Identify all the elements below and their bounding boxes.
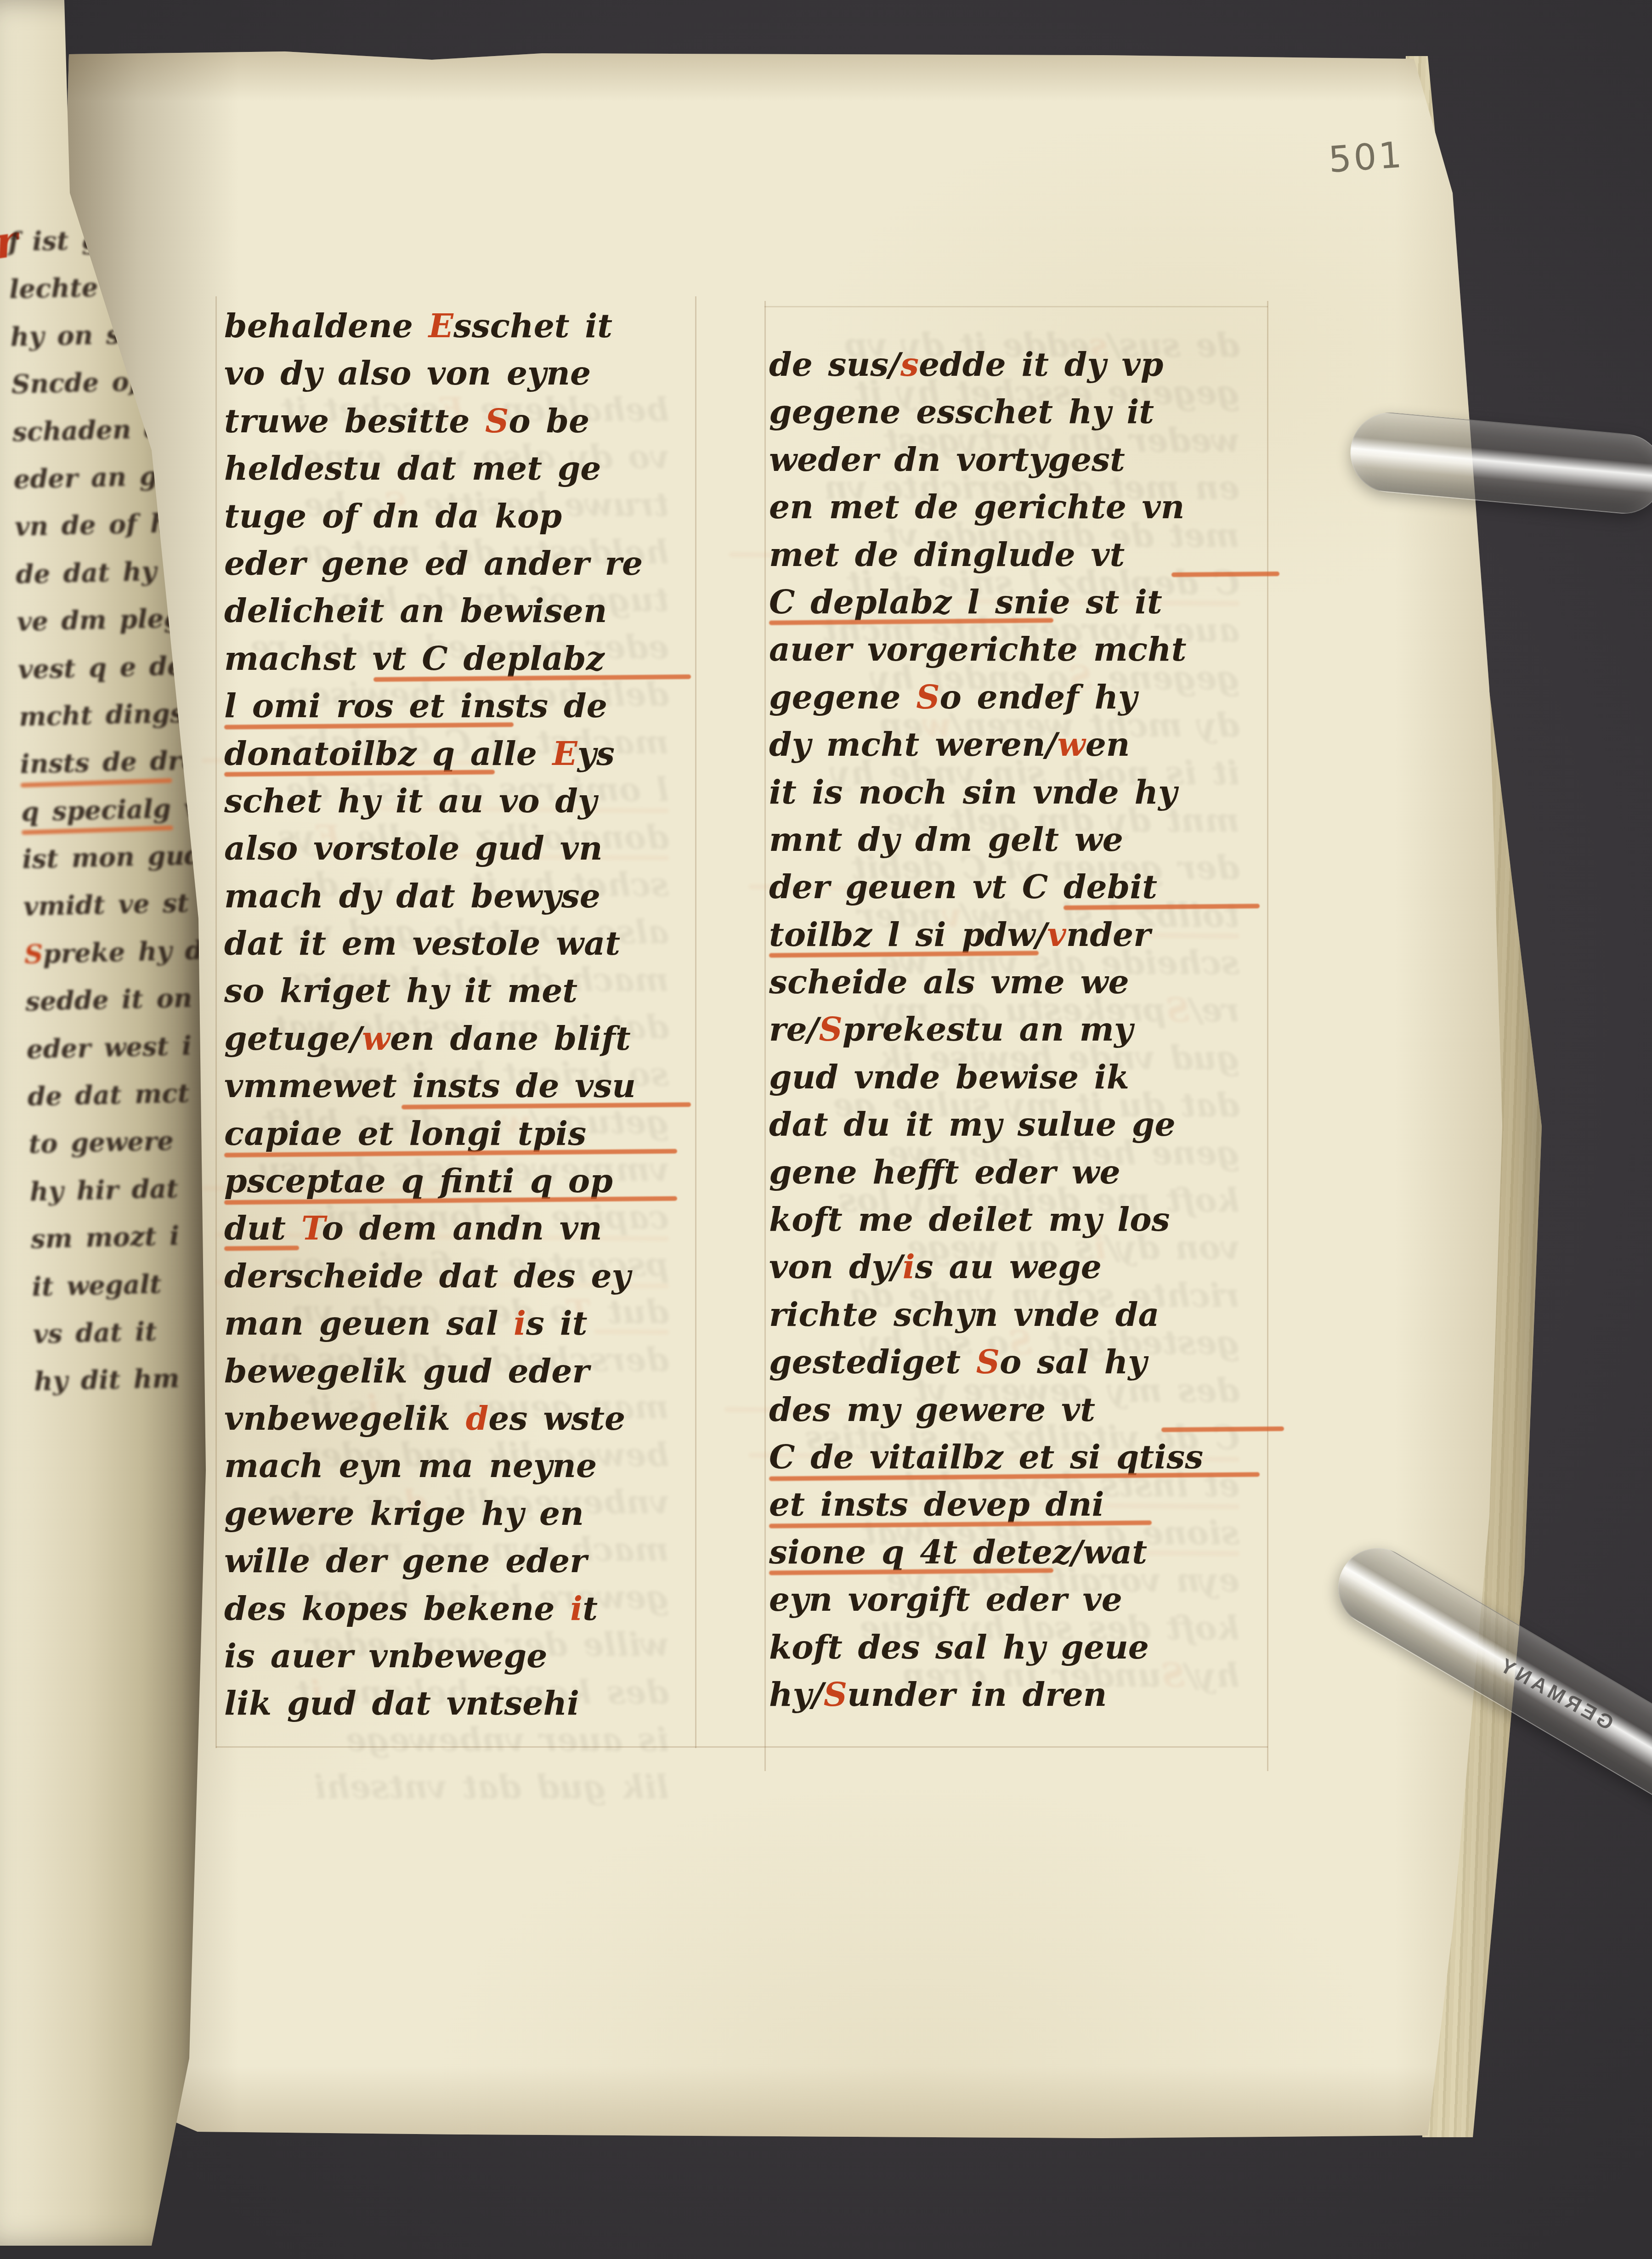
manuscript-line: auer vorgerichte mcht — [769, 626, 1260, 673]
manuscript-line: dat du it my sulue ge — [769, 1101, 1260, 1148]
column-rule-right-inner — [1267, 301, 1268, 1771]
manuscript-line-text: sm mozt i — [30, 1221, 180, 1254]
manuscript-line-text: met de dinglude vt — [769, 535, 1125, 574]
manuscript-line: so kriget hy it met — [224, 967, 691, 1014]
rubricated-letter: S — [819, 1010, 843, 1048]
manuscript-line-text: dut To dem andn vn — [224, 1209, 602, 1247]
manuscript-line: behaldene Esschet it — [224, 302, 691, 350]
rubric-underline — [224, 1246, 299, 1251]
manuscript-line-text: mcht dingst — [19, 698, 197, 732]
manuscript-line: vest q e de st — [17, 643, 170, 694]
manuscript-line-text: heldestu dat met ge — [224, 449, 601, 487]
manuscript-line: q specialg ve — [21, 785, 173, 836]
manuscript-line-text: des my gewere vt — [769, 1390, 1095, 1429]
manuscript-line: eder west i — [26, 1023, 179, 1074]
manuscript-line: scheide als vme we — [769, 958, 1260, 1006]
manuscript-line: truwe besitte So be — [224, 397, 691, 445]
manuscript-line-text: getuge/wen dane blift — [224, 1019, 631, 1058]
manuscript-line-text: de sus/sedde it dy vp — [769, 345, 1163, 384]
manuscript-line: it wegalt — [31, 1260, 184, 1311]
manuscript-line: vmidt ve st — [23, 880, 175, 931]
manuscript-line-text: auer vorgerichte mcht — [769, 630, 1186, 668]
manuscript-line: dut To dem andn vn — [224, 1205, 691, 1252]
manuscript-line: lik gud dat vntsehi — [224, 1680, 691, 1727]
manuscript-line: mcht dingst — [18, 690, 171, 741]
manuscript-line: hy dit hm — [34, 1355, 186, 1406]
rubricated-letter: E — [429, 306, 453, 345]
manuscript-line: sedde it on — [25, 975, 177, 1026]
manuscript-line-text: dy mcht weren/wen — [769, 725, 1130, 764]
manuscript-line: de dat mct — [27, 1070, 180, 1121]
manuscript-line-text: vnbewegelik des wste — [224, 1399, 625, 1438]
manuscript-line-text: derscheide dat des ey — [224, 1257, 631, 1295]
manuscript-line: mnt dy dm gelt we — [769, 816, 1260, 863]
manuscript-line-text: koft des sal hy geue — [769, 1628, 1149, 1666]
manuscript-line: tuge of dn da kop — [224, 493, 691, 540]
manuscript-line: sm mozt i — [30, 1212, 183, 1263]
manuscript-line: von dy/is au wege — [769, 1243, 1260, 1291]
manuscript-line-text: dat du it my sulue ge — [769, 1105, 1176, 1144]
manuscript-line-text: insts de dre — [20, 745, 198, 780]
manuscript-line: de dat hy vme — [15, 548, 168, 599]
manuscript-line-text: lik gud dat vntsehi — [224, 1684, 579, 1722]
manuscript-line-text: psceptae q finti q op — [224, 1161, 613, 1200]
manuscript-line: machst vt C deplabz — [224, 635, 691, 682]
manuscript-line: mach dy dat bewyse — [224, 872, 691, 920]
rubricated-letter: T — [301, 1209, 322, 1247]
manuscript-line-text: eyn vorgift eder ve — [769, 1580, 1122, 1619]
manuscript-line-text: delicheit an bewisen — [224, 591, 607, 630]
manuscript-line: koft des sal hy geue — [769, 1624, 1260, 1671]
manuscript-line-text: sione q 4t detez/wat — [769, 1533, 1147, 1571]
manuscript-line: C de vitailbz et si qtiss — [769, 1433, 1260, 1481]
manuscript-line-text: der geuen vt C debit — [769, 867, 1157, 906]
manuscript-line: eder an gud To — [13, 453, 165, 504]
manuscript-line-text: also vorstole gud vn — [224, 829, 603, 867]
manuscript-line: delicheit an bewisen — [224, 587, 691, 634]
manuscript-line-text: weder dn vortygest — [769, 440, 1125, 479]
manuscript-line-text: scheide als vme we — [769, 962, 1129, 1001]
manuscript-line: also vorstole gud vn — [224, 825, 691, 872]
manuscript-line-text: hy hir dat — [29, 1173, 178, 1207]
rubricated-letter: E — [553, 734, 577, 773]
rubricated-letter: S — [976, 1342, 1000, 1381]
manuscript-line: vmmewet insts de vsu — [224, 1062, 691, 1110]
manuscript-line-text: vo dy also von eyne — [224, 354, 591, 392]
rubricated-letter: i — [903, 1247, 915, 1286]
manuscript-line: man geuen sal is it — [224, 1300, 691, 1347]
rubricated-letter: i — [514, 1304, 526, 1342]
manuscript-line-text: ist mon gud — [22, 840, 203, 875]
manuscript-line-text: gud vnde bewise ik — [769, 1058, 1129, 1096]
manuscript-line: der geuen vt C debit — [769, 863, 1260, 911]
manuscript-line: wille der gene eder — [224, 1537, 691, 1585]
manuscript-line-text: to gewere — [28, 1126, 174, 1160]
rubric-underline — [1171, 572, 1279, 577]
frame-rule-top-right — [764, 306, 1268, 307]
manuscript-line: gene hefft eder we — [769, 1149, 1260, 1196]
manuscript-line: donatoilbz q alle Eys — [224, 730, 691, 777]
manuscript-line: gegene esschet hy it — [769, 388, 1260, 436]
manuscript-line-text: man geuen sal is it — [224, 1304, 588, 1342]
manuscript-line: sione q 4t detez/wat — [769, 1529, 1260, 1576]
manuscript-line: toilbz l si pdw/vnder — [769, 911, 1260, 958]
manuscript-line: lik gud dat vntsehi — [202, 1763, 669, 1811]
manuscript-line-text: schet hy it au vo dy — [224, 781, 597, 820]
manuscript-line-text: lik gud dat vntsehi — [314, 1767, 669, 1806]
manuscript-line-text: richte schyn vnde da — [769, 1295, 1159, 1334]
manuscript-line: to gewere — [28, 1118, 181, 1169]
manuscript-line-text: hy/Sunder in dren — [769, 1675, 1107, 1714]
manuscript-line: gud vnde bewise ik — [769, 1053, 1260, 1101]
manuscript-line: schet hy it au vo dy — [224, 777, 691, 825]
manuscript-line-text: machst vt C deplabz — [224, 639, 605, 678]
rubricated-letter: S — [485, 402, 509, 440]
manuscript-line-text: en met de gerichte vn — [769, 487, 1184, 526]
rubricated-letter: w — [362, 1019, 390, 1058]
manuscript-line-text: de dat mct — [27, 1078, 190, 1112]
rubricated-letter: S — [824, 1675, 847, 1714]
manuscript-line-text: eder gene ed ander re — [224, 544, 643, 583]
manuscript-line-text: toilbz l si pdw/vnder — [769, 915, 1151, 954]
manuscript-line: capiae et longi tpis — [224, 1110, 691, 1157]
manuscript-line-text: koft me deilet my los — [769, 1200, 1170, 1239]
manuscript-line: is auer vnbewege — [224, 1632, 691, 1680]
column-rule-left-inner — [695, 296, 696, 1748]
manuscript-line-text: donatoilbz q alle Eys — [224, 734, 615, 773]
manuscript-line-text: bewegelik gud eder — [224, 1352, 589, 1390]
manuscript-line-text: capiae et longi tpis — [224, 1114, 586, 1153]
manuscript-line: vs dat it — [33, 1308, 185, 1359]
manuscript-line: re/Sprekestu an my — [769, 1006, 1260, 1053]
rod-engraving-germany: GERMANY — [1493, 1653, 1617, 1735]
manuscript-line-text: gegene So endef hy — [769, 678, 1137, 716]
manuscript-line: bewegelik gud eder — [224, 1347, 691, 1395]
manuscript-line-text: gestediget So sal hy — [769, 1342, 1147, 1381]
manuscript-line-text: it wegalt — [32, 1269, 162, 1302]
manuscript-line-text: C de vitailbz et si qtiss — [769, 1438, 1203, 1476]
manuscript-line: heldestu dat met ge — [224, 445, 691, 492]
manuscript-line-text: gene hefft eder we — [769, 1153, 1120, 1191]
manuscript-line-text: vs dat it — [33, 1316, 157, 1349]
manuscript-line: ve dm pleg i — [16, 595, 169, 646]
manuscript-line: C deplabz l snie st it — [769, 578, 1260, 626]
manuscript-line: des my gewere vt — [769, 1386, 1260, 1433]
manuscript-line: l omi ros et insts de — [224, 682, 691, 730]
manuscript-line-text: Spreke hy d — [24, 935, 203, 970]
manuscript-line: mach eyn ma neyne — [224, 1442, 691, 1489]
manuscript-line-text: vmmewet insts de vsu — [224, 1066, 636, 1105]
manuscript-line: en met de gerichte vn — [769, 483, 1260, 531]
rubricated-letter: S — [24, 939, 43, 970]
manuscript-line-text: behaldene Esschet it — [224, 306, 612, 345]
manuscript-line: eyn vorgift eder ve — [769, 1576, 1260, 1623]
manuscript-line-text: truwe besitte So be — [224, 402, 589, 440]
manuscript-line: eder gene ed ander re — [224, 540, 691, 587]
manuscript-line-text: des kopes bekene it — [224, 1589, 598, 1628]
rubricated-letter: s — [900, 345, 919, 384]
manuscript-line: hy/Sunder in dren — [769, 1671, 1260, 1718]
rubricated-letter: d — [466, 1399, 489, 1438]
manuscript-line: psceptae q finti q op — [224, 1157, 691, 1205]
manuscript-photo: r f ist ger stelechte To denhy on sluge … — [0, 0, 1652, 2259]
manuscript-line-text: mach dy dat bewyse — [224, 877, 600, 915]
manuscript-line-text: hy dit hm — [34, 1364, 180, 1397]
manuscript-line-text: is auer vnbewege — [224, 1636, 547, 1675]
text-column-right: de sus/sedde it dy vpgegene esschet hy i… — [769, 341, 1260, 1718]
manuscript-line-text: l omi ros et insts de — [224, 686, 607, 725]
text-column-left: behaldene Esschet itvo dy also von eynet… — [224, 302, 691, 1727]
manuscript-line: ist mon gud — [22, 832, 174, 883]
rubricated-letter: S — [916, 678, 939, 716]
manuscript-line-text: vmidt ve st — [23, 888, 189, 922]
manuscript-line: de sus/sedde it dy vp — [769, 341, 1260, 388]
manuscript-line: vnbewegelik des wste — [224, 1395, 691, 1442]
manuscript-line: derscheide dat des ey — [224, 1252, 691, 1300]
manuscript-line: richte schyn vnde da — [769, 1291, 1260, 1338]
manuscript-line: met de dinglude vt — [769, 531, 1260, 578]
manuscript-line-text: tuge of dn da kop — [224, 497, 562, 535]
manuscript-line: vo dy also von eyne — [224, 350, 691, 397]
manuscript-line: gestediget So sal hy — [769, 1338, 1260, 1386]
manuscript-line-text: so kriget hy it met — [224, 971, 577, 1010]
manuscript-line: gegene So endef hy — [769, 674, 1260, 721]
manuscript-line-text: it is noch sin vnde hy — [769, 773, 1177, 811]
manuscript-line-text: gegene esschet hy it — [769, 392, 1154, 431]
manuscript-line: weder dn vortygest — [769, 436, 1260, 483]
manuscript-line-text: C deplabz l snie st it — [769, 583, 1162, 621]
manuscript-line-text: sedde it on — [25, 983, 193, 1017]
manuscript-line: des kopes bekene it — [224, 1585, 691, 1632]
manuscript-line-text: mnt dy dm gelt we — [769, 820, 1123, 859]
manuscript-line: Spreke hy d — [24, 928, 176, 979]
manuscript-line: getuge/wen dane blift — [224, 1015, 691, 1062]
manuscript-line-text: eder west i — [26, 1030, 192, 1064]
manuscript-line-text: von dy/is au wege — [769, 1247, 1102, 1286]
manuscript-line-text: mach eyn ma neyne — [224, 1446, 597, 1485]
rubricated-letter: w — [1058, 725, 1086, 764]
manuscript-line: insts de dre — [20, 738, 172, 789]
manuscript-line: dat it em vestole wat — [224, 920, 691, 967]
manuscript-line-text: wille der gene eder — [224, 1541, 587, 1580]
rubricated-letter: v — [1047, 915, 1066, 954]
manuscript-line: et insts devep dni — [769, 1481, 1260, 1528]
manuscript-line: koft me deilet my los — [769, 1196, 1260, 1243]
manuscript-line-text: dat it em vestole wat — [224, 924, 620, 962]
manuscript-line: it is noch sin vnde hy — [769, 769, 1260, 816]
manuscript-line: gewere krige hy en — [224, 1490, 691, 1537]
manuscript-line: hy hir dat — [29, 1165, 182, 1216]
manuscript-line-text: et insts devep dni — [769, 1485, 1104, 1523]
manuscript-line-text: gewere krige hy en — [224, 1494, 584, 1533]
manuscript-line: dy mcht weren/wen — [769, 721, 1260, 768]
rubricated-letter: i — [570, 1589, 583, 1628]
manuscript-line: vn de of hy ma — [14, 500, 167, 551]
manuscript-line-text: re/Sprekestu an my — [769, 1010, 1133, 1048]
page-number-pencil: 501 — [1327, 134, 1405, 181]
